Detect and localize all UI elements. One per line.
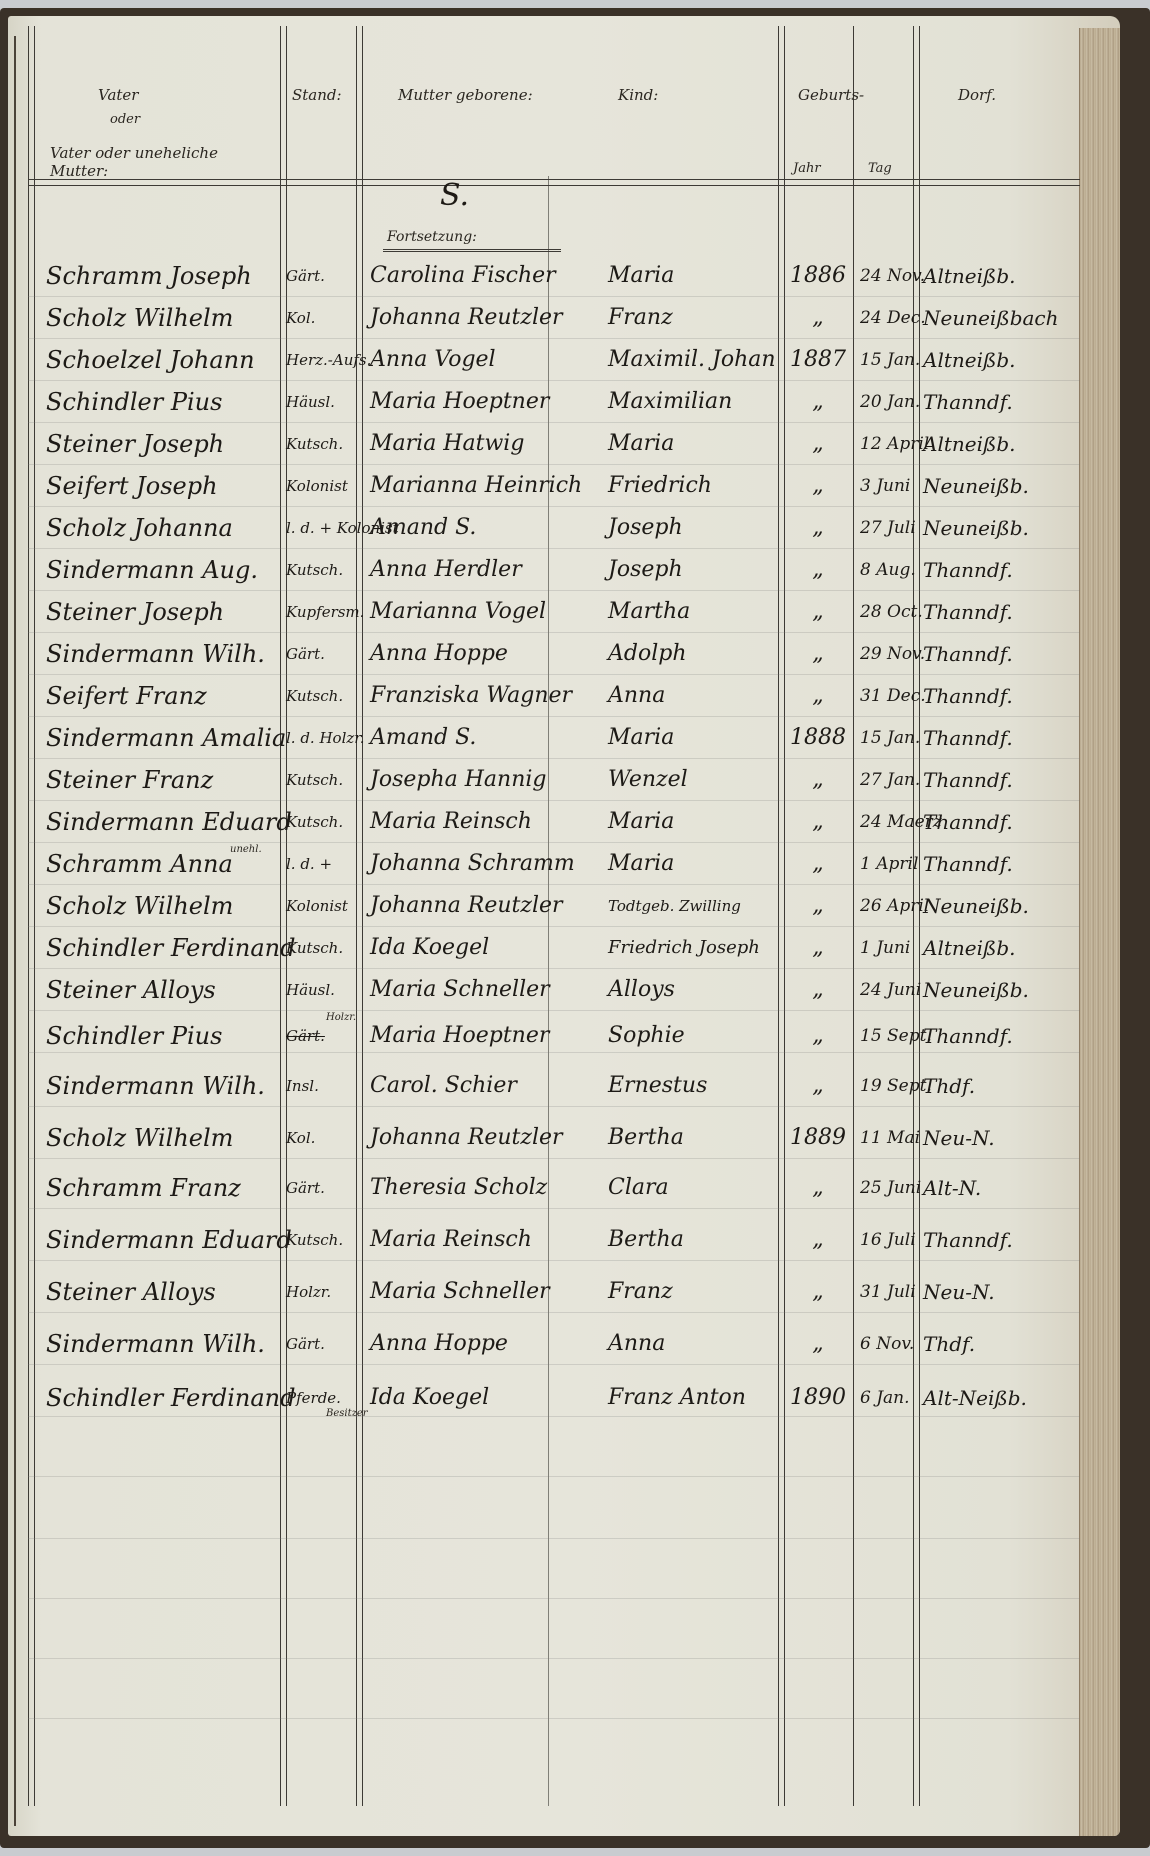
table-row: Schramm Franz Gärt. Theresia Scholz Clar… (8, 1168, 1118, 1208)
year-cell: 1890 (783, 1378, 853, 1418)
mother-cell: Ida Koegel (370, 1378, 610, 1418)
village-cell: Thanndf. (923, 382, 1103, 422)
mother-cell: Maria Hoeptner (370, 382, 610, 422)
year-cell: „ (783, 1324, 853, 1364)
village-cell: Neu-N. (923, 1272, 1103, 1312)
mother-cell: Ida Koegel (370, 928, 610, 968)
mother-cell: Amand S. (370, 508, 610, 548)
father-cell: Scholz Wilhelm (46, 298, 286, 338)
village-cell: Thanndf. (923, 1220, 1103, 1260)
village-cell: Thanndf. (923, 1016, 1103, 1056)
header-father: Vater oder uneheliche Mutter: (50, 144, 280, 180)
child-cell: Maximilian (608, 382, 793, 422)
father-cell: Steiner Alloys (46, 1272, 286, 1312)
year-cell: „ (783, 1272, 853, 1312)
year-cell: „ (783, 382, 853, 422)
table-row: Steiner Joseph Kutsch. Maria Hatwig Mari… (8, 424, 1118, 464)
mother-cell: Carolina Fischer (370, 256, 610, 296)
father-cell: Sindermann Aug. (46, 550, 286, 590)
child-cell: Wenzel (608, 760, 793, 800)
village-cell: Thanndf. (923, 718, 1103, 758)
table-row: Steiner Joseph Kupfersm. Marianna Vogel … (8, 592, 1118, 632)
mother-cell: Johanna Reutzler (370, 886, 610, 926)
child-cell: Alloys (608, 970, 793, 1010)
child-cell: Maria (608, 718, 793, 758)
header-father-line1: Vater (98, 86, 138, 104)
header-mother: Mutter geborene: (398, 86, 538, 104)
table-row: Sindermann Eduard Kutsch. Maria Reinsch … (8, 1220, 1118, 1260)
occupation-cell: Kutsch. (286, 424, 376, 464)
mother-cell: Maria Schneller (370, 970, 610, 1010)
occupation-cell: Kutsch. (286, 760, 376, 800)
mother-cell: Johanna Schramm (370, 844, 610, 884)
year-cell: „ (783, 886, 853, 926)
year-cell: 1889 (783, 1118, 853, 1158)
mother-cell: Anna Hoppe (370, 634, 610, 674)
child-cell: Maria (608, 256, 793, 296)
village-cell: Thdf. (923, 1066, 1103, 1106)
table-row: Seifert Franz Kutsch. Franziska Wagner A… (8, 676, 1118, 716)
father-cell: Schindler Pius (46, 382, 286, 422)
mother-cell: Anna Vogel (370, 340, 610, 380)
mother-cell: Anna Herdler (370, 550, 610, 590)
father-cell: Sindermann Eduard (46, 1220, 286, 1260)
table-row: Scholz Wilhelm Kolonist Johanna Reutzler… (8, 886, 1118, 926)
table-row: Sindermann Eduard Kutsch. Maria Reinsch … (8, 802, 1118, 842)
table-row: Schramm Joseph Gärt. Carolina Fischer Ma… (8, 256, 1118, 296)
register-page: Vater oder Vater oder uneheliche Mutter:… (8, 16, 1120, 1836)
village-cell: Thdf. (923, 1324, 1103, 1364)
occupation-cell: Kutsch. (286, 928, 376, 968)
mother-cell: Marianna Vogel (370, 592, 610, 632)
year-cell: „ (783, 844, 853, 884)
year-cell: „ (783, 760, 853, 800)
village-cell: Thanndf. (923, 802, 1103, 842)
occupation-cell: Häusl. (286, 970, 376, 1010)
year-cell: „ (783, 928, 853, 968)
child-cell: Joseph (608, 508, 793, 548)
father-cell: Sindermann Wilh. (46, 1066, 286, 1106)
mother-cell: Franziska Wagner (370, 676, 610, 716)
mother-cell: Josepha Hannig (370, 760, 610, 800)
year-cell: „ (783, 508, 853, 548)
table-row: Schindler Pius Holzr. Gärt. Maria Hoeptn… (8, 1016, 1118, 1056)
year-cell: „ (783, 298, 853, 338)
table-row: Scholz Wilhelm Kol. Johanna Reutzler Ber… (8, 1118, 1118, 1158)
table-row: Schindler Pius Häusl. Maria Hoeptner Max… (8, 382, 1118, 422)
village-cell: Altneißb. (923, 340, 1103, 380)
child-cell: Friedrich (608, 466, 793, 506)
mother-cell: Theresia Scholz (370, 1168, 610, 1208)
village-cell: Altneißb. (923, 424, 1103, 464)
child-cell: Bertha (608, 1220, 793, 1260)
occupation-cell: l. d. + Kolonist (286, 508, 376, 548)
year-cell: „ (783, 802, 853, 842)
father-cell: Schramm Joseph (46, 256, 286, 296)
table-row: Sindermann Wilh. Insl. Carol. Schier Ern… (8, 1066, 1118, 1106)
occupation-cell: Kolonist (286, 886, 376, 926)
mother-cell: Johanna Reutzler (370, 1118, 610, 1158)
father-cell: Schindler Ferdinand (46, 1378, 286, 1418)
year-cell: „ (783, 970, 853, 1010)
header-occupation: Stand: (292, 86, 342, 104)
year-cell: 1888 (783, 718, 853, 758)
father-cell: Scholz Wilhelm (46, 886, 286, 926)
table-row: Sindermann Aug. Kutsch. Anna Herdler Jos… (8, 550, 1118, 590)
occupation-cell: Holzr. (286, 1272, 376, 1312)
mother-cell: Johanna Reutzler (370, 298, 610, 338)
table-row: Schindler Ferdinand Kutsch. Ida Koegel F… (8, 928, 1118, 968)
table-row: Schramm Anna unehl. l. d. + Johanna Schr… (8, 844, 1118, 884)
child-cell: Franz Anton (608, 1378, 793, 1418)
table-row: Schoelzel Johann Herz.-Aufs. Anna Vogel … (8, 340, 1118, 380)
father-cell: Scholz Johanna (46, 508, 286, 548)
mother-cell: Marianna Heinrich (370, 466, 610, 506)
table-row: Schindler Ferdinand Pferde. Besitzer Ida… (8, 1378, 1118, 1418)
child-cell: Maria (608, 802, 793, 842)
child-cell: Ernestus (608, 1066, 793, 1106)
year-cell: „ (783, 634, 853, 674)
child-cell: Adolph (608, 634, 793, 674)
father-cell: Schoelzel Johann (46, 340, 286, 380)
village-cell: Neuneißb. (923, 466, 1103, 506)
child-cell: Friedrich Joseph (608, 928, 793, 968)
occupation-cell: Gärt. (286, 634, 376, 674)
mother-cell: Maria Reinsch (370, 1220, 610, 1260)
table-row: Seifert Joseph Kolonist Marianna Heinric… (8, 466, 1118, 506)
occupation-cell: Kolonist (286, 466, 376, 506)
mother-cell: Amand S. (370, 718, 610, 758)
occupation-cell: Gärt. (286, 1168, 376, 1208)
table-row: Sindermann Amalia l. d. Holzr. Amand S. … (8, 718, 1118, 758)
child-cell: Joseph (608, 550, 793, 590)
occupation-cell: Kutsch. (286, 802, 376, 842)
father-cell: Sindermann Wilh. (46, 634, 286, 674)
village-cell: Neuneißb. (923, 970, 1103, 1010)
year-cell: „ (783, 1220, 853, 1260)
village-cell: Alt-Neißb. (923, 1378, 1103, 1418)
mother-cell: Maria Schneller (370, 1272, 610, 1312)
village-cell: Thanndf. (923, 634, 1103, 674)
occupation-cell: Gärt. (286, 1324, 376, 1364)
village-cell: Thanndf. (923, 676, 1103, 716)
table-row: Scholz Johanna l. d. + Kolonist Amand S.… (8, 508, 1118, 548)
margin-note: Besitzer (326, 1408, 368, 1419)
table-row: Sindermann Wilh. Gärt. Anna Hoppe Anna „… (8, 1324, 1118, 1364)
child-cell: Maximil. Johan (608, 340, 793, 380)
mother-cell: Maria Hoeptner (370, 1016, 610, 1056)
father-cell: Scholz Wilhelm (46, 1118, 286, 1158)
father-cell: Schindler Ferdinand (46, 928, 286, 968)
continuation-label: Fortsetzung: (383, 229, 561, 252)
father-cell: Sindermann Eduard (46, 802, 286, 842)
father-cell: Schindler Pius (46, 1016, 286, 1056)
child-cell: Franz (608, 298, 793, 338)
year-cell: „ (783, 1016, 853, 1056)
year-cell: „ (783, 1168, 853, 1208)
occupation-cell: Gärt. (286, 256, 376, 296)
year-cell: „ (783, 466, 853, 506)
occupation-cell: Kupfersm. (286, 592, 376, 632)
father-cell: Seifert Franz (46, 676, 286, 716)
child-cell: Sophie (608, 1016, 793, 1056)
village-cell: Thanndf. (923, 760, 1103, 800)
year-cell: „ (783, 550, 853, 590)
child-cell: Franz (608, 1272, 793, 1312)
book-binding: Vater oder Vater oder uneheliche Mutter:… (0, 8, 1150, 1848)
child-cell: Todtgeb. Zwilling (608, 886, 793, 926)
header-rule (28, 185, 1080, 186)
village-cell: Neuneißb. (923, 886, 1103, 926)
header-child: Kind: (618, 86, 658, 104)
occupation-cell: Kutsch. (286, 676, 376, 716)
occupation-cell: l. d. + (286, 844, 376, 884)
village-cell: Altneißb. (923, 928, 1103, 968)
year-cell: „ (783, 676, 853, 716)
year-cell: „ (783, 424, 853, 464)
father-cell: Schramm Franz (46, 1168, 286, 1208)
father-cell: Steiner Alloys (46, 970, 286, 1010)
occupation-cell: Kutsch. (286, 1220, 376, 1260)
child-cell: Bertha (608, 1118, 793, 1158)
child-cell: Clara (608, 1168, 793, 1208)
mother-cell: Maria Reinsch (370, 802, 610, 842)
father-cell: Sindermann Wilh. (46, 1324, 286, 1364)
occupation-cell: Häusl. (286, 382, 376, 422)
father-cell: Sindermann Amalia (46, 718, 286, 758)
year-cell: „ (783, 592, 853, 632)
year-cell: 1887 (783, 340, 853, 380)
village-cell: Thanndf. (923, 550, 1103, 590)
father-cell: Steiner Franz (46, 760, 286, 800)
year-cell: „ (783, 1066, 853, 1106)
header-birth: Geburts- (798, 86, 864, 104)
occupation-cell: Insl. (286, 1066, 376, 1106)
village-cell: Thanndf. (923, 592, 1103, 632)
occupation-cell: Herz.-Aufs. (286, 340, 376, 380)
occupation-cell: Kol. (286, 298, 376, 338)
village-cell: Neuneißb. (923, 508, 1103, 548)
table-row: Sindermann Wilh. Gärt. Anna Hoppe Adolph… (8, 634, 1118, 674)
child-cell: Anna (608, 676, 793, 716)
occupation-cell: l. d. Holzr. (286, 718, 376, 758)
occupation-cell: Kutsch. (286, 550, 376, 590)
header-father-line2: oder (110, 112, 140, 127)
child-cell: Maria (608, 844, 793, 884)
margin-note: unehl. (230, 844, 262, 855)
mother-cell: Carol. Schier (370, 1066, 610, 1106)
mother-cell: Maria Hatwig (370, 424, 610, 464)
table-row: Steiner Alloys Häusl. Maria Schneller Al… (8, 970, 1118, 1010)
header-village: Dorf. (958, 86, 996, 104)
child-cell: Maria (608, 424, 793, 464)
header-day: Tag (868, 161, 892, 176)
village-cell: Thanndf. (923, 844, 1103, 884)
child-cell: Martha (608, 592, 793, 632)
occupation-cell: Kol. (286, 1118, 376, 1158)
year-cell: 1886 (783, 256, 853, 296)
father-cell: Steiner Joseph (46, 592, 286, 632)
table-row: Steiner Franz Kutsch. Josepha Hannig Wen… (8, 760, 1118, 800)
mother-cell: Anna Hoppe (370, 1324, 610, 1364)
section-letter: S. (440, 178, 469, 213)
header-year: Jahr (793, 161, 821, 176)
table-row: Steiner Alloys Holzr. Maria Schneller Fr… (8, 1272, 1118, 1312)
village-cell: Altneißb. (923, 256, 1103, 296)
village-cell: Neu-N. (923, 1118, 1103, 1158)
father-cell: Seifert Joseph (46, 466, 286, 506)
child-cell: Anna (608, 1324, 793, 1364)
father-cell: Steiner Joseph (46, 424, 286, 464)
occupation-cell: Gärt. (286, 1016, 376, 1056)
village-cell: Alt-N. (923, 1168, 1103, 1208)
table-row: Scholz Wilhelm Kol. Johanna Reutzler Fra… (8, 298, 1118, 338)
village-cell: Neuneißbach (923, 298, 1103, 338)
